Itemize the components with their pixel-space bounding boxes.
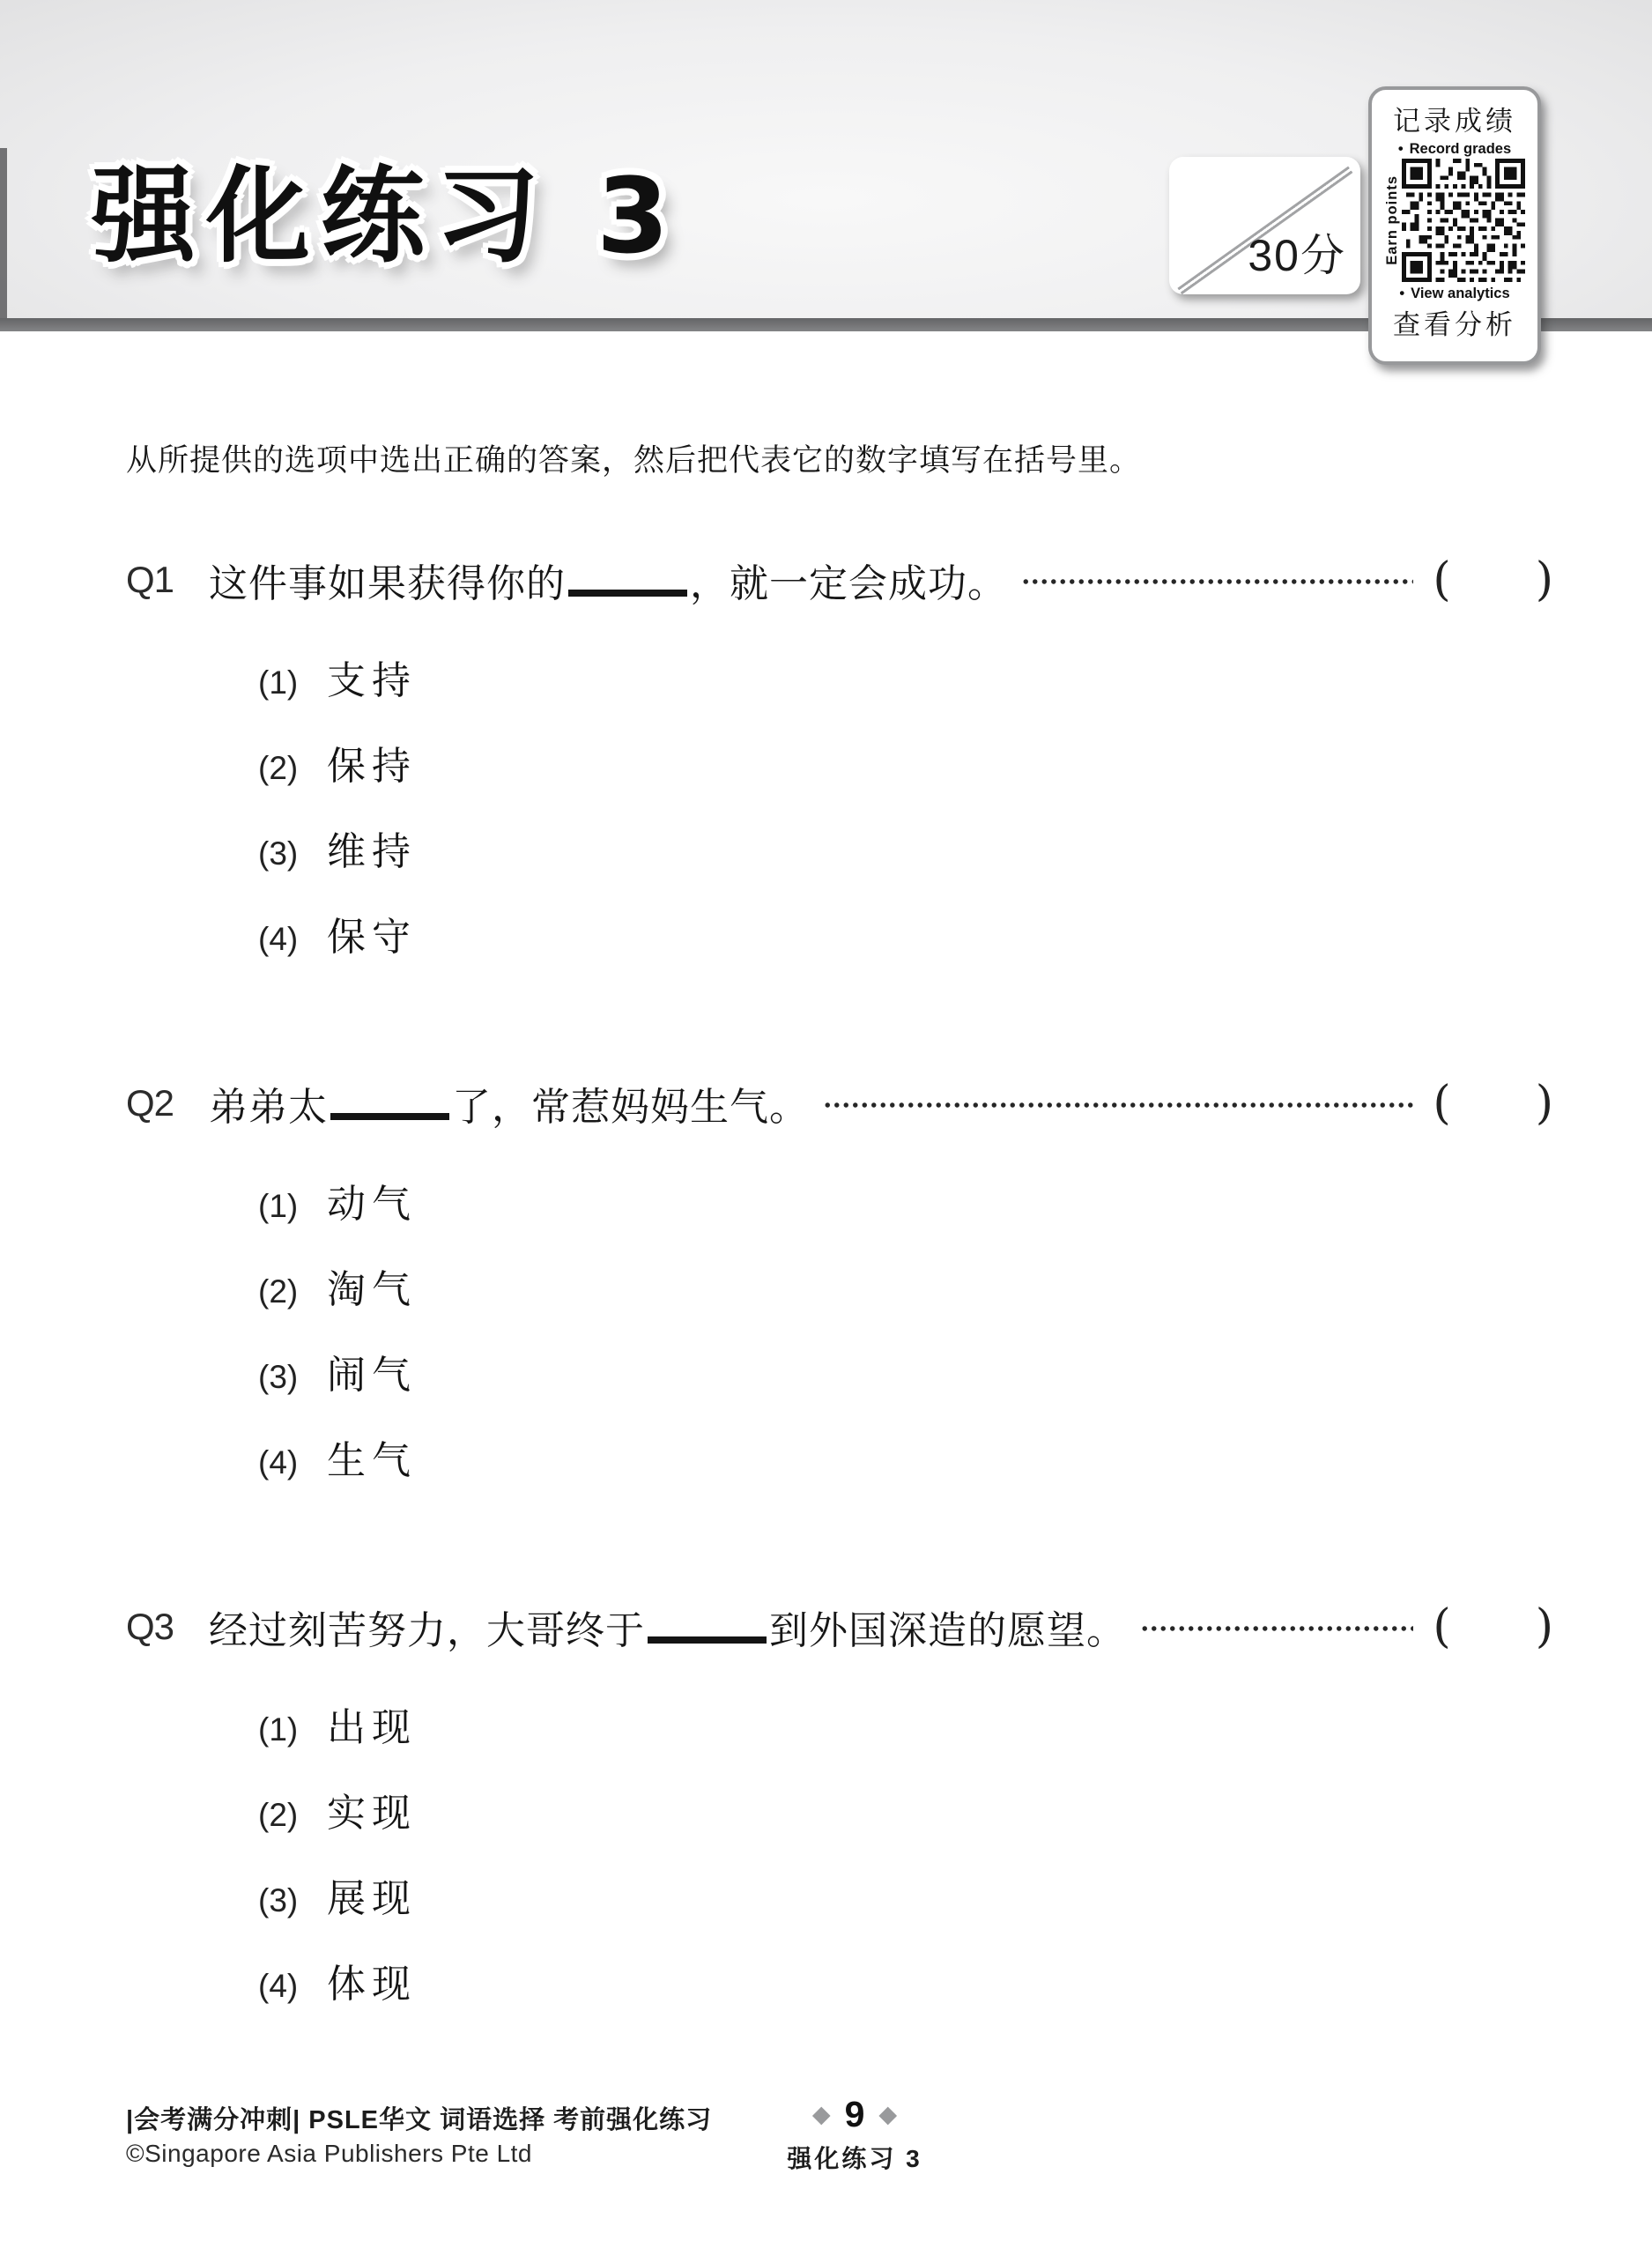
option-number: (2) <box>258 1797 327 1834</box>
worksheet-page: 强化练习 3 30分 记录成绩 •Record grades Earn poin… <box>0 0 1652 2256</box>
answer-bracket: () <box>1433 553 1553 606</box>
option-text: 淘气 <box>327 1258 417 1314</box>
qr-side-label: Earn points <box>1384 175 1401 265</box>
question-3-post: 到外国深造的愿望。 <box>769 1609 1126 1652</box>
question-2-text: 弟弟太了，常惹妈妈生气。 <box>209 1074 809 1132</box>
option-row: (2)淘气 <box>258 1258 1553 1314</box>
question-1-options: (1)支持 (2)保持 (3)维持 (4)保守 <box>258 649 1553 961</box>
question-2-label: Q2 <box>126 1082 209 1124</box>
page-number-value: 9 <box>845 2096 865 2133</box>
option-text: 动气 <box>327 1172 417 1228</box>
question-2-options: (1)动气 (2)淘气 (3)闹气 (4)生气 <box>258 1172 1553 1485</box>
option-row: (2)保持 <box>258 734 1553 790</box>
option-number: (2) <box>258 750 327 787</box>
footer-page-block: ◆ 9 ◆ 强化练习 3 <box>751 2096 959 2175</box>
option-number: (4) <box>258 921 327 958</box>
paren-close: ) <box>1536 553 1553 606</box>
main-content: 从所提供的选项中选出正确的答案，然后把代表它的数字填写在括号里。 Q1 这件事如… <box>126 436 1553 2008</box>
question-2-post: 了，常惹妈妈生气。 <box>452 1086 809 1129</box>
fill-in-blank <box>330 1074 449 1120</box>
question-1-pre: 这件事如果获得你的 <box>209 562 566 605</box>
qr-title-cn: 记录成绩 <box>1393 99 1516 138</box>
paren-open: ( <box>1433 1077 1450 1130</box>
option-text: 支持 <box>327 649 417 705</box>
option-row: (4)保守 <box>258 905 1553 961</box>
question-3-label: Q3 <box>126 1606 209 1648</box>
answer-bracket: () <box>1433 1077 1553 1130</box>
option-row: (2)实现 <box>258 1781 1553 1837</box>
option-text: 保持 <box>327 734 417 790</box>
diamond-icon: ◆ <box>878 2103 897 2126</box>
question-2-row: Q2 弟弟太了，常惹妈妈生气。 () <box>126 1074 1553 1132</box>
option-number: (4) <box>258 1444 327 1481</box>
option-number: (4) <box>258 1968 327 2005</box>
qr-code-icon <box>1402 159 1525 282</box>
option-row: (1)动气 <box>258 1172 1553 1228</box>
diamond-icon: ◆ <box>812 2103 831 2126</box>
paren-open: ( <box>1433 553 1450 606</box>
page-number: ◆ 9 ◆ <box>751 2096 959 2133</box>
question-1-text: 这件事如果获得你的，就一定会成功。 <box>209 551 1007 608</box>
fill-in-blank <box>568 551 687 597</box>
option-text: 展现 <box>327 1866 417 1923</box>
option-text: 维持 <box>327 820 417 876</box>
option-text: 生气 <box>327 1429 417 1485</box>
question-3: Q3 经过刻苦努力，大哥终于到外国深造的愿望。 () (1)出现 (2)实现 (… <box>126 1598 1553 2008</box>
option-row: (1)支持 <box>258 649 1553 705</box>
paren-open: ( <box>1433 1600 1450 1653</box>
bullet-icon: • <box>1398 141 1404 157</box>
fill-in-blank <box>648 1598 767 1644</box>
option-text: 保守 <box>327 905 417 961</box>
footer-exercise-label: 强化练习 3 <box>751 2140 959 2175</box>
qr-footer-cn: 查看分析 <box>1393 302 1516 342</box>
footer-imprint: |会考满分冲刺| PSLE华文 词语选择 考前强化练习 ©Singapore A… <box>126 2100 712 2168</box>
option-text: 闹气 <box>327 1343 417 1399</box>
dotted-leader <box>1021 577 1413 586</box>
option-text: 出现 <box>327 1696 417 1752</box>
question-1-row: Q1 这件事如果获得你的，就一定会成功。 () <box>126 551 1553 608</box>
option-number: (3) <box>258 1359 327 1396</box>
score-total: 30分 <box>1248 220 1346 284</box>
question-1: Q1 这件事如果获得你的，就一定会成功。 () (1)支持 (2)保持 (3)维… <box>126 551 1553 961</box>
dotted-leader <box>823 1101 1413 1109</box>
qr-bullet-record: •Record grades <box>1398 141 1511 158</box>
qr-bullet-analytics: •View analytics <box>1399 286 1509 302</box>
footer-series-title: |会考满分冲刺| PSLE华文 词语选择 考前强化练习 <box>126 2100 712 2136</box>
question-2: Q2 弟弟太了，常惹妈妈生气。 () (1)动气 (2)淘气 (3)闹气 (4)… <box>126 1074 1553 1485</box>
footer-copyright: ©Singapore Asia Publishers Pte Ltd <box>126 2140 712 2168</box>
page-title: 强化练习 3 <box>92 152 679 282</box>
question-3-options: (1)出现 (2)实现 (3)展现 (4)体现 <box>258 1696 1553 2008</box>
qr-middle: Earn points <box>1384 159 1525 282</box>
option-number: (3) <box>258 1882 327 1919</box>
scan-edge-shadow <box>0 148 7 331</box>
paren-close: ) <box>1536 1600 1553 1653</box>
option-number: (1) <box>258 1711 327 1748</box>
question-3-text: 经过刻苦努力，大哥终于到外国深造的愿望。 <box>209 1598 1126 1655</box>
paren-close: ) <box>1536 1077 1553 1130</box>
option-row: (3)维持 <box>258 820 1553 876</box>
option-row: (4)生气 <box>258 1429 1553 1485</box>
question-3-pre: 经过刻苦努力，大哥终于 <box>209 1609 645 1652</box>
option-row: (3)展现 <box>258 1866 1553 1923</box>
qr-panel: 记录成绩 •Record grades Earn points <box>1368 86 1541 365</box>
dotted-leader <box>1140 1624 1413 1633</box>
question-2-pre: 弟弟太 <box>209 1086 328 1129</box>
option-number: (2) <box>258 1273 327 1310</box>
option-number: (3) <box>258 835 327 872</box>
answer-bracket: () <box>1433 1600 1553 1653</box>
option-text: 实现 <box>327 1781 417 1837</box>
instruction-text: 从所提供的选项中选出正确的答案，然后把代表它的数字填写在括号里。 <box>126 436 1553 480</box>
option-text: 体现 <box>327 1952 417 2008</box>
option-number: (1) <box>258 664 327 701</box>
option-row: (1)出现 <box>258 1696 1553 1752</box>
option-number: (1) <box>258 1188 327 1225</box>
qr-bullet-analytics-label: View analytics <box>1411 286 1510 301</box>
score-box: 30分 <box>1169 157 1360 294</box>
bullet-icon: • <box>1399 286 1404 301</box>
qr-bullet-record-label: Record grades <box>1410 141 1512 157</box>
question-1-label: Q1 <box>126 559 209 601</box>
option-row: (3)闹气 <box>258 1343 1553 1399</box>
question-1-post: ，就一定会成功。 <box>690 562 1007 605</box>
question-3-row: Q3 经过刻苦努力，大哥终于到外国深造的愿望。 () <box>126 1598 1553 1655</box>
option-row: (4)体现 <box>258 1952 1553 2008</box>
